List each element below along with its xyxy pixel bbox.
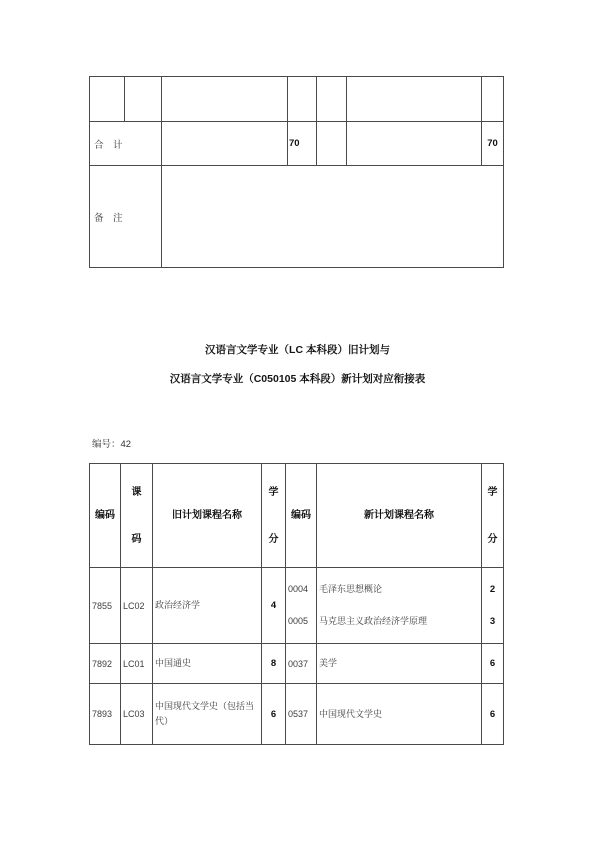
total-old-credits: 70: [288, 122, 317, 166]
course-code-cell: LC03: [121, 684, 153, 745]
empty-cell: [125, 77, 162, 122]
header-new-code-label: 编码: [291, 510, 311, 521]
new-code-entry: 0005: [286, 614, 316, 629]
old-name-cell: 中国通史: [153, 644, 262, 684]
new-credit-entry: 3: [490, 614, 495, 629]
new-credit-cell: 6: [482, 644, 504, 684]
new-code-cell: 0537: [286, 684, 317, 745]
table-row: 7892 LC01 中国通史 8 0037 美学 6: [90, 644, 504, 684]
header-new-credit: 学分: [482, 464, 504, 568]
new-name-cell: 毛泽东思想概论 马克思主义政治经济学原理: [317, 568, 482, 644]
empty-row: [90, 77, 504, 122]
empty-cell: [162, 77, 288, 122]
header-old-name-label: 旧计划课程名称: [172, 510, 242, 521]
new-name-entry: 马克思主义政治经济学原理: [317, 614, 481, 629]
old-code-cell: 7892: [90, 644, 121, 684]
empty-cell: [347, 122, 482, 166]
total-new-credits: 70: [482, 122, 504, 166]
header-old-name: 旧计划课程名称: [153, 464, 262, 568]
header-row: 编码 课码 旧计划课程名称 学分 编码 新计划课程名称 学分: [90, 464, 504, 568]
header-course-code-label: 课码: [132, 469, 142, 563]
old-credit-cell: 6: [262, 684, 286, 745]
course-code-cell: LC02: [121, 568, 153, 644]
empty-cell: [317, 77, 347, 122]
table-row: 7855 LC02 政治经济学 4 0004 0005 毛泽东思想概论 马克思主…: [90, 568, 504, 644]
remarks-row: 备 注: [90, 166, 504, 268]
header-new-name: 新计划课程名称: [317, 464, 482, 568]
total-row: 合 计 70 70: [90, 122, 504, 166]
header-old-code-label: 编码: [95, 510, 115, 521]
old-name-cell: 政治经济学: [153, 568, 262, 644]
empty-cell: [288, 77, 317, 122]
empty-cell: [90, 77, 125, 122]
old-credit-cell: 4: [262, 568, 286, 644]
new-code-cell: 0037: [286, 644, 317, 684]
header-old-credit-label: 学分: [269, 469, 279, 563]
old-code-cell: 7855: [90, 568, 121, 644]
remarks-label: 备 注: [90, 166, 162, 268]
new-credit-cell: 6: [482, 684, 504, 745]
summary-table: 合 计 70 70 备 注: [89, 76, 504, 268]
header-course-code: 课码: [121, 464, 153, 568]
header-new-code: 编码: [286, 464, 317, 568]
old-credit-cell: 8: [262, 644, 286, 684]
empty-cell: [347, 77, 482, 122]
course-code-cell: LC01: [121, 644, 153, 684]
header-new-name-label: 新计划课程名称: [364, 510, 434, 521]
empty-cell: [162, 122, 288, 166]
doc-title-line1: 汉语言文学专业（LC 本科段）旧计划与: [0, 344, 595, 357]
new-name-entry: 毛泽东思想概论: [317, 582, 481, 597]
header-old-credit: 学分: [262, 464, 286, 568]
new-name-cell: 中国现代文学史: [317, 684, 482, 745]
old-name-cell: 中国现代文学史（包括当代）: [153, 684, 262, 745]
doc-number: 编号：42: [92, 436, 131, 450]
header-new-credit-label: 学分: [488, 469, 498, 563]
empty-cell: [482, 77, 504, 122]
new-credit-entry: 2: [490, 582, 495, 597]
new-credit-cell: 2 3: [482, 568, 504, 644]
new-name-cell: 美学: [317, 644, 482, 684]
header-old-code: 编码: [90, 464, 121, 568]
new-code-entry: 0004: [286, 582, 316, 597]
empty-cell: [317, 122, 347, 166]
doc-title-line2: 汉语言文学专业（C050105 本科段）新计划对应衔接表: [0, 373, 595, 386]
total-label: 合 计: [90, 122, 162, 166]
table-row: 7893 LC03 中国现代文学史（包括当代） 6 0537 中国现代文学史 6: [90, 684, 504, 745]
mapping-table: 编码 课码 旧计划课程名称 学分 编码 新计划课程名称 学分 7855 LC02…: [89, 463, 504, 745]
old-code-cell: 7893: [90, 684, 121, 745]
new-code-cell: 0004 0005: [286, 568, 317, 644]
document-page: 合 计 70 70 备 注 汉语言文学专业（LC 本科段）旧计划与 汉语言文学专…: [0, 0, 595, 841]
remarks-content-cell: [162, 166, 504, 268]
